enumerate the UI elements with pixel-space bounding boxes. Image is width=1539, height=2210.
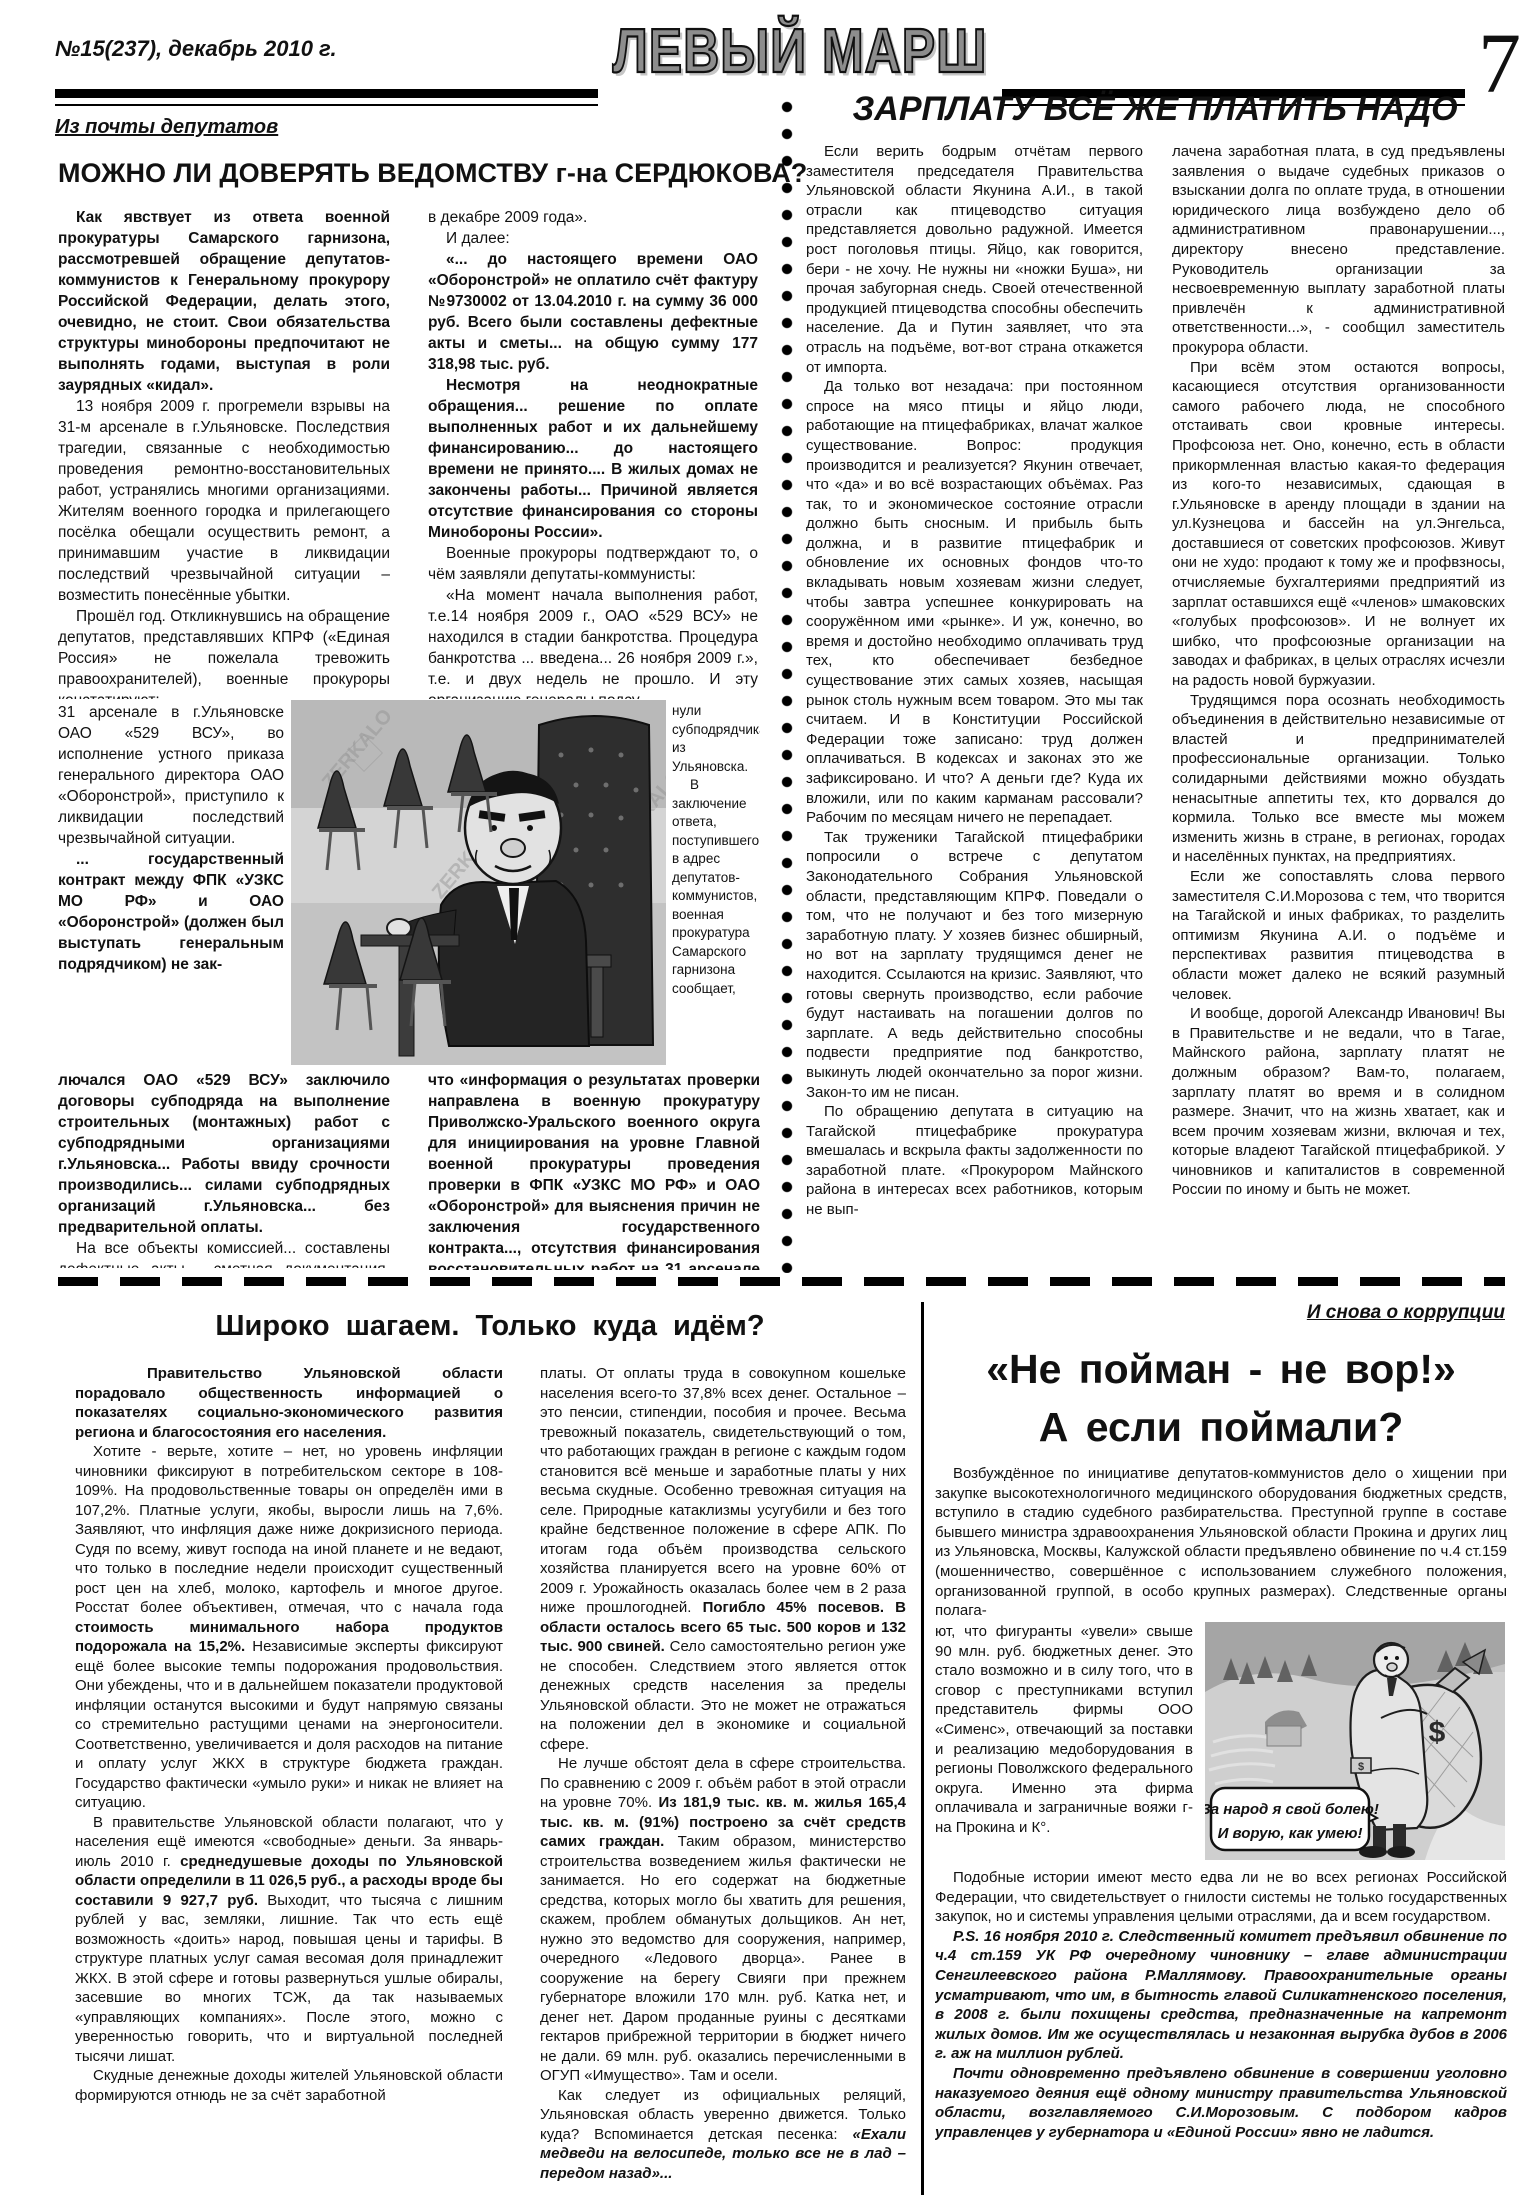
article1-col2-seg2: нули субподрядчикам из Ульяновска. В зак… bbox=[672, 702, 760, 1064]
paragraph: Прошёл год. Откликнувшись на обращение д… bbox=[58, 606, 390, 699]
corruption-caricature-image: $ $ За народ я свой болею! И bbox=[1205, 1622, 1505, 1860]
paragraph: Скудные денежные доходы жителей Ульяновс… bbox=[75, 2066, 503, 2105]
rubric-corruption-again: И снова о коррупции bbox=[935, 1302, 1505, 1324]
text-run: Хотите - верьте, хотите – нет, но уровен… bbox=[75, 1443, 503, 1616]
paragraph: платы. От оплаты труда в совокупном коше… bbox=[540, 1364, 906, 1754]
paragraph: Хотите - верьте, хотите – нет, но уровен… bbox=[75, 1442, 503, 1813]
article4-title-line2: А если поймали? bbox=[935, 1398, 1507, 1456]
caricature-caption-line2: И ворую, как умею! bbox=[1218, 1825, 1363, 1842]
paragraph: 13 ноября 2009 г. прогремели взрывы на 3… bbox=[58, 396, 390, 606]
issue-number: №15(237), декабрь 2010 г. bbox=[55, 36, 337, 62]
paragraph: ют, что фигуранты «увели» свыше 90 млн. … bbox=[935, 1622, 1193, 1838]
paragraph: На все объекты комиссией... составлены д… bbox=[58, 1238, 390, 1268]
paragraph: Как явствует из ответа военной прокурату… bbox=[58, 207, 390, 396]
paragraph: Так труженики Тагайской птицефабрики поп… bbox=[806, 828, 1143, 1102]
caricature-general-on-throne: ZERKALO ZERKALO ZERKALO ZERKALO bbox=[291, 700, 666, 1065]
paragraph: И вообще, дорогой Александр Иванович! Вы… bbox=[1172, 1004, 1505, 1200]
caricature-official-with-money-sack: $ $ За народ я свой болею! И bbox=[1205, 1622, 1505, 1860]
article4-body-top: Возбуждённое по инициативе депутатов-ком… bbox=[935, 1464, 1507, 1620]
paragraph: Не лучше обстоят дела в сфере строительс… bbox=[540, 1754, 906, 2086]
paragraph: в декабре 2009 года». bbox=[428, 207, 758, 228]
paragraph: Как следует из официальных реляций, Улья… bbox=[540, 2086, 906, 2183]
article3-col2: платы. От оплаты труда в совокупном коше… bbox=[540, 1364, 906, 2182]
article1-col2-seg1: в декабре 2009 года». И далее: «... до н… bbox=[428, 207, 758, 699]
paragraph: 31 арсенале в г.Ульяновске ОАО «529 ВСУ»… bbox=[58, 702, 284, 849]
vertical-solid-divider bbox=[921, 1302, 924, 2195]
paragraph: По обращению депутата в ситуацию на Тага… bbox=[806, 1102, 1143, 1220]
article2-col1: Если верить бодрым отчётам первого замес… bbox=[806, 142, 1143, 1270]
paragraph: Военные прокуроры подтверждают то, о чём… bbox=[428, 543, 758, 585]
article2-title: ЗАРПЛАТУ ВСЁ ЖЕ ПЛАТИТЬ НАДО bbox=[805, 90, 1505, 129]
paragraph: лачена заработная плата, в суд предъявле… bbox=[1172, 142, 1505, 358]
serdyukov-caricature-image: ZERKALO ZERKALO ZERKALO ZERKALO bbox=[291, 700, 666, 1065]
horizontal-dashed-separator bbox=[58, 1277, 1505, 1286]
paragraph: Если же сопоставлять слова первого замес… bbox=[1172, 867, 1505, 1004]
paragraph: При всём этом остаются вопросы, касающие… bbox=[1172, 358, 1505, 691]
paragraph-ps: Почти одновременно предъявлено обвинение… bbox=[935, 2064, 1507, 2142]
paragraph: «На момент начала выполнения работ, т.е.… bbox=[428, 585, 758, 699]
paragraph: Подобные истории имеют место едва ли не … bbox=[935, 1868, 1507, 1927]
article1-col1-seg2: 31 арсенале в г.Ульяновске ОАО «529 ВСУ»… bbox=[58, 702, 284, 1064]
article4-body-bottom: Подобные истории имеют место едва ли не … bbox=[935, 1868, 1507, 2196]
paragraph: Трудящимся пора осознать необходимость о… bbox=[1172, 691, 1505, 867]
paragraph: В заключение ответа, поступившего в адре… bbox=[672, 776, 760, 998]
paragraph: Возбуждённое по инициативе депутатов-ком… bbox=[935, 1464, 1507, 1620]
article1-title: МОЖНО ЛИ ДОВЕРЯТЬ ВЕДОМСТВУ г-на СЕРДЮКО… bbox=[58, 158, 758, 189]
text-run: Независимые эксперты фиксируют ещё более… bbox=[75, 1638, 503, 1811]
article3-col1: Правительство Ульяновской области порадо… bbox=[75, 1364, 503, 2182]
article1-col1-seg1: Как явствует из ответа военной прокурату… bbox=[58, 207, 390, 699]
paragraph: Если верить бодрым отчётам первого замес… bbox=[806, 142, 1143, 377]
rubric-from-deputies-mail: Из почты депутатов bbox=[55, 116, 278, 139]
paragraph: ... государственный контракт между ФПК «… bbox=[58, 849, 284, 975]
paragraph: И далее: bbox=[428, 228, 758, 249]
text-run: Село самостоятельно регион уже не способ… bbox=[540, 1638, 906, 1753]
svg-text:$: $ bbox=[1358, 1761, 1364, 1773]
paragraph-ps: P.S. 16 ноября 2010 г. Следственный коми… bbox=[935, 1927, 1507, 2064]
paragraph: что «информация о результатах проверки н… bbox=[428, 1070, 760, 1270]
paragraph: Да только вот незадача: при постоянном с… bbox=[806, 377, 1143, 828]
paragraph: нули субподрядчикам из Ульяновска. bbox=[672, 702, 760, 776]
article3-title: Широко шагаем. Только куда идём? bbox=[75, 1310, 905, 1343]
caricature-caption-line1: За народ я свой болею! bbox=[1205, 1801, 1379, 1818]
masthead-logo: ЛЕВЫЙ МАРШ bbox=[613, 14, 988, 87]
article1-col1-seg3: лючался ОАО «529 ВСУ» заключило договоры… bbox=[58, 1070, 390, 1268]
newspaper-page: №15(237), декабрь 2010 г. ЛЕВЫЙ МАРШ 7 И… bbox=[0, 0, 1539, 2210]
paragraph: лючался ОАО «529 ВСУ» заключило договоры… bbox=[58, 1070, 390, 1238]
text-run: Выходит, что тысяча с лишним рублей у ва… bbox=[75, 1892, 503, 2065]
vertical-dotted-divider bbox=[780, 98, 794, 1273]
article4-body-beside-image: ют, что фигуранты «увели» свыше 90 млн. … bbox=[935, 1622, 1193, 1862]
paragraph: «... до настоящего времени ОАО «Оборонст… bbox=[428, 249, 758, 375]
text-run: Таким образом, министерство строительств… bbox=[540, 1833, 906, 2084]
article4-title-line1: «Не пойман - не вор!» bbox=[935, 1340, 1507, 1398]
article1-col2-seg3: что «информация о результатах проверки н… bbox=[428, 1070, 760, 1270]
text-run: платы. От оплаты труда в совокупном коше… bbox=[540, 1365, 906, 1616]
svg-text:$: $ bbox=[1429, 1716, 1446, 1749]
article2-col2: лачена заработная плата, в суд предъявле… bbox=[1172, 142, 1505, 1270]
paragraph: Правительство Ульяновской области порадо… bbox=[75, 1364, 503, 1442]
paragraph: В правительстве Ульяновской области пола… bbox=[75, 1813, 503, 2067]
paragraph: Несмотря на неоднократные обращения... р… bbox=[428, 375, 758, 543]
